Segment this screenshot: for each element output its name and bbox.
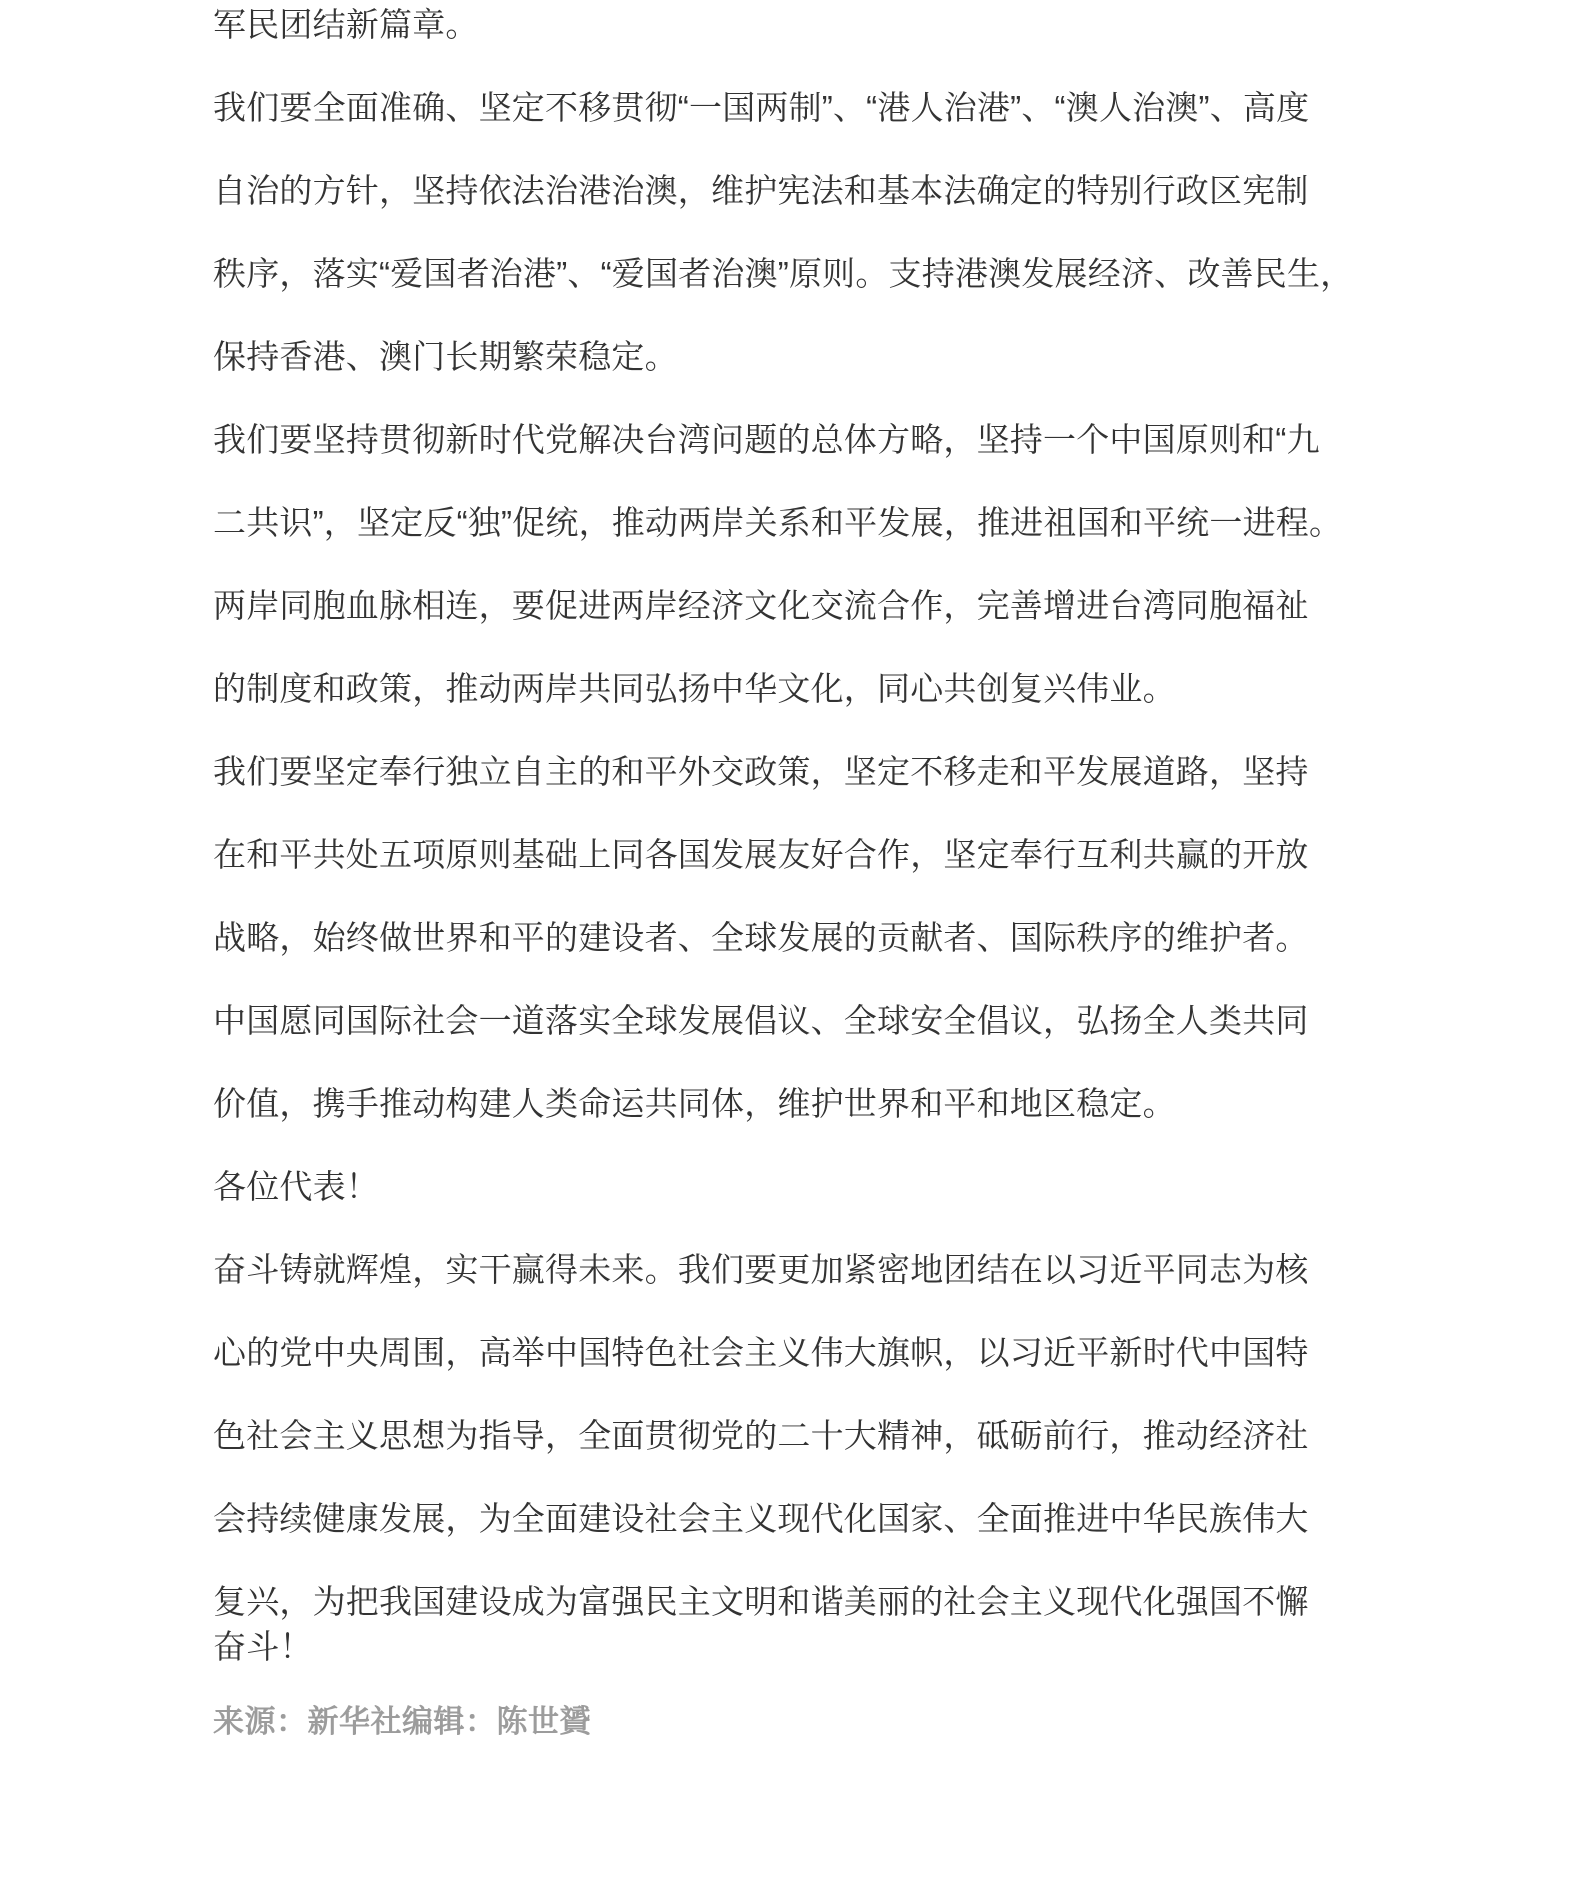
text-line: 自治的方针，坚持依法治港治澳，维护宪法和基本法确定的特别行政区宪制 (213, 149, 1441, 232)
text-line: 秩序，落实“爱国者治港”、“爱国者治澳”原则。支持港澳发展经济、改善民生， (213, 232, 1441, 315)
text-line: 的制度和政策，推动两岸共同弘扬中华文化，同心共创复兴伟业。 (213, 647, 1441, 730)
text-line: 会持续健康发展，为全面建设社会主义现代化国家、全面推进中华民族伟大 (213, 1477, 1441, 1560)
text-line: 奋斗铸就辉煌，实干赢得未来。我们要更加紧密地团结在以习近平同志为核 (213, 1228, 1441, 1311)
text-line: 军民团结新篇章。 (213, 0, 1441, 66)
text-line: 心的党中央周围，高举中国特色社会主义伟大旗帜，以习近平新时代中国特 (213, 1311, 1441, 1394)
text-line: 在和平共处五项原则基础上同各国发展友好合作，坚定奉行互利共赢的开放 (213, 813, 1441, 896)
text-line: 战略，始终做世界和平的建设者、全球发展的贡献者、国际秩序的维护者。 (213, 896, 1441, 979)
article-body: 军民团结新篇章。 我们要全面准确、坚定不移贯彻“一国两制”、“港人治港”、“澳人… (213, 0, 1441, 1763)
text-line: 两岸同胞血脉相连，要促进两岸经济文化交流合作，完善增进台湾同胞福祉 (213, 564, 1441, 647)
article-source: 来源：新华社编辑：陈世贇 (213, 1680, 1441, 1763)
text-line: 我们要坚持贯彻新时代党解决台湾问题的总体方略，坚持一个中国原则和“九 (213, 398, 1441, 481)
text-line: 我们要坚定奉行独立自主的和平外交政策，坚定不移走和平发展道路，坚持 (213, 730, 1441, 813)
text-line: 色社会主义思想为指导，全面贯彻党的二十大精神，砥砺前行，推动经济社 (213, 1394, 1441, 1477)
text-line: 价值，携手推动构建人类命运共同体，维护世界和平和地区稳定。 (213, 1062, 1441, 1145)
text-line: 二共识”，坚定反“独”促统，推动两岸关系和平发展，推进祖国和平统一进程。 (213, 481, 1441, 564)
text-line: 保持香港、澳门长期繁荣稳定。 (213, 315, 1441, 398)
text-line: 中国愿同国际社会一道落实全球发展倡议、全球安全倡议，弘扬全人类共同 (213, 979, 1441, 1062)
text-line: 各位代表！ (213, 1145, 1441, 1228)
page: { "page": { "background_color": "#ffffff… (0, 0, 1587, 1880)
text-line: 我们要全面准确、坚定不移贯彻“一国两制”、“港人治港”、“澳人治澳”、高度 (213, 66, 1441, 149)
